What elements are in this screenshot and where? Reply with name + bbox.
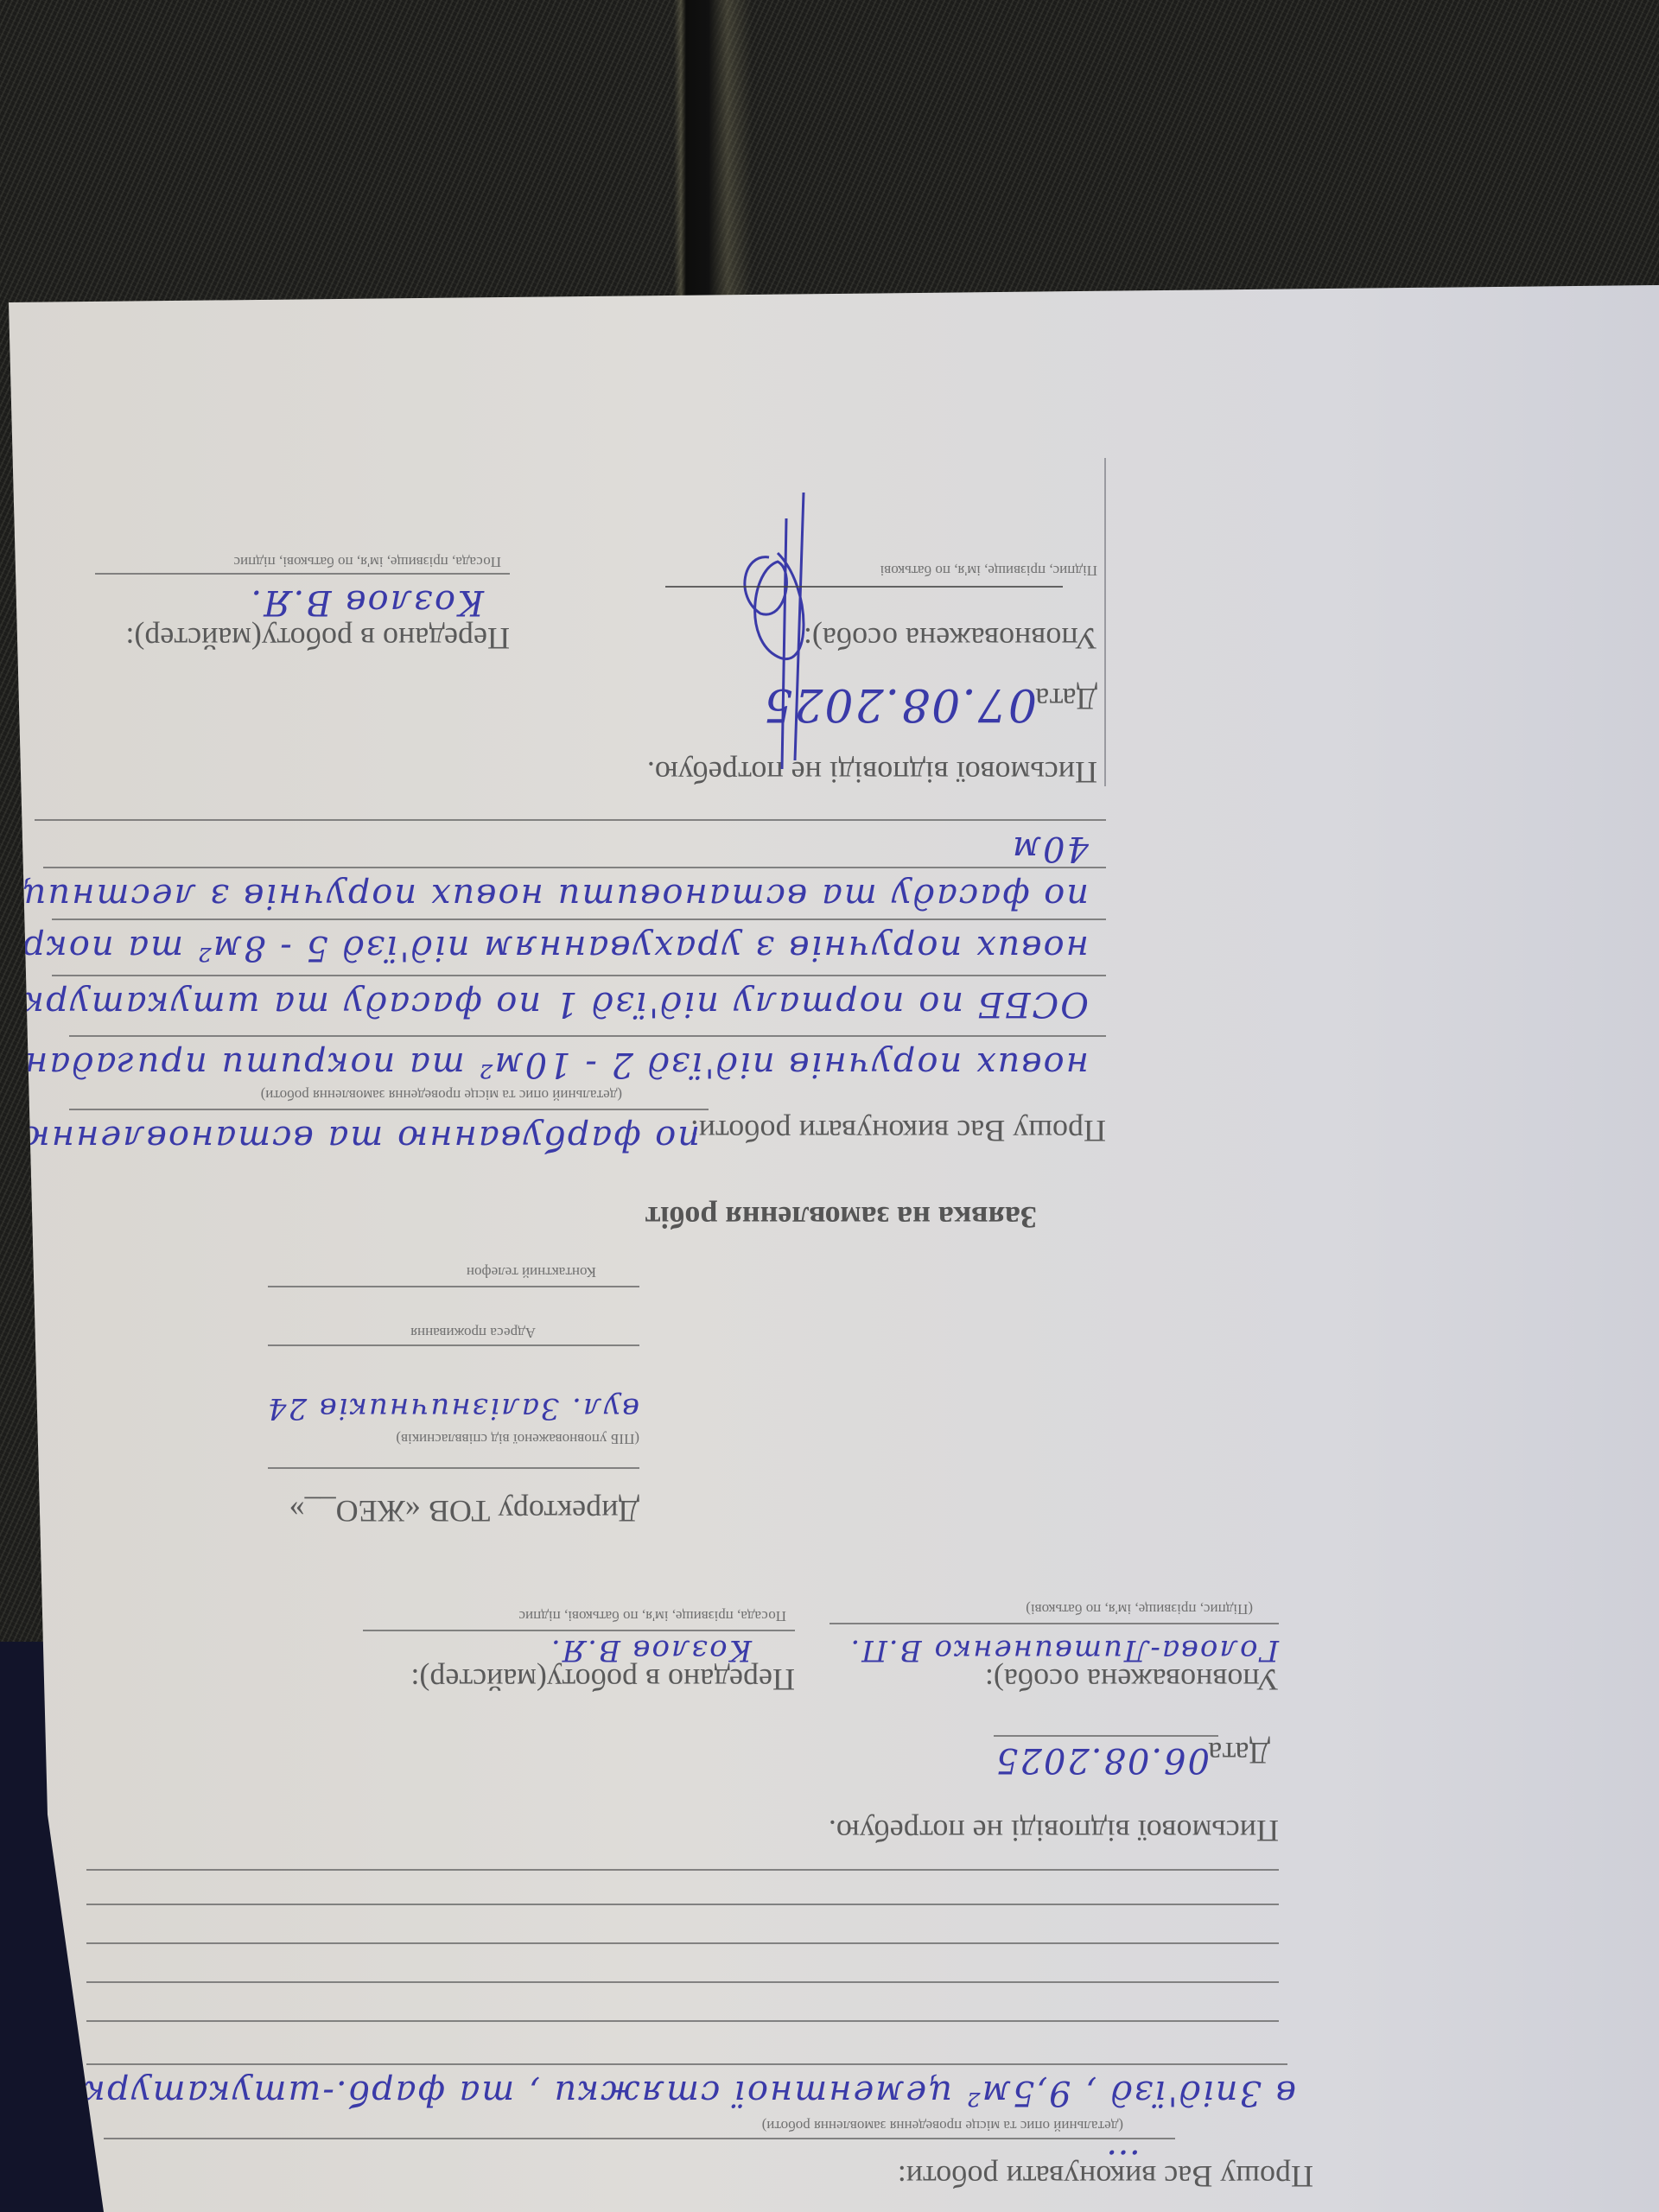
paper-sheet: Прошу Вас виконувати роботи: … (детальни… (0, 0, 1659, 2212)
lower-request-line-3: ОСББ по порталу під'їзд 1 по фасаду та ш… (0, 984, 1089, 1024)
upper-no-reply: Письмової відповіді не потребую. (829, 1813, 1279, 1849)
lower-handed-handwritten: Козлов В.Я. (249, 582, 484, 622)
upper-authorized-handwritten: Голова-Литвиненко В.П. (849, 1633, 1279, 1668)
lower-request-line-1: по фарбуванню та встановленню (18, 1118, 700, 1158)
rule-line (268, 1344, 639, 1346)
upper-request-caption: (детальний опис та місце проведення замо… (762, 2117, 1123, 2134)
rule-line (69, 1109, 709, 1110)
jeans-seam (674, 0, 752, 311)
rule-line (104, 2138, 1175, 2139)
rule-line (363, 1630, 795, 1631)
upper-request-handwritten-start: … (1104, 2142, 1141, 2182)
rule-line (86, 2063, 1287, 2065)
rule-line (86, 2020, 1279, 2022)
lower-authorized-caption: Підпис, прізвище, ім'я, по батькові (880, 562, 1097, 579)
rule-line (52, 975, 1106, 976)
rule-line (52, 918, 1106, 920)
rule-line (69, 1035, 1106, 1037)
rule-line (86, 1869, 1279, 1871)
signature-icon (709, 484, 829, 778)
rule-line (994, 1735, 1218, 1737)
lower-request-line-4: нових поручнів з урахуванням під'їзд 5 -… (0, 928, 1089, 968)
rule-line (268, 1286, 639, 1287)
rule-line (86, 1981, 1279, 1983)
lower-request-label: Прошу Вас виконувати роботи: (690, 1113, 1106, 1149)
flipped-document: Прошу Вас виконувати роботи: … (детальни… (0, 0, 1659, 2212)
lower-address-handwritten: вул. Залізничників 24 (266, 1391, 639, 1426)
lower-pib-caption: (ПІБ уповноваженої від співвласників) (396, 1430, 639, 1447)
lower-authorized-label: Уповноважена особа): (804, 620, 1097, 657)
lower-date-label: Дата (1035, 681, 1097, 717)
upper-date-label: Дата (1208, 1735, 1270, 1771)
lower-request-line-6: 40м (1011, 829, 1089, 868)
rule-line (35, 819, 1106, 821)
upper-request-handwritten: в 3під'їзд , 9,5м² цементної стяжки , та… (0, 2073, 1296, 2113)
lower-handed-label: Передано в роботу(майстер): (125, 620, 510, 657)
upper-date-value: 06.08.2025 (995, 1740, 1210, 1780)
upper-authorized-caption: (Підпис, прізвище, ім'я, по батькові) (1026, 1600, 1253, 1618)
rule-line (665, 586, 1063, 588)
lower-request-line-5: по фасаду та встановити нових поручнів з… (0, 876, 1089, 916)
lower-request-caption: (детальний опис та місце проведення замо… (261, 1086, 622, 1103)
upper-handed-handwritten: Козлов В.Я. (550, 1633, 752, 1668)
lower-title: Заявка на замовлення робіт (645, 1199, 1037, 1236)
lower-phone-caption: Контактний телефон (467, 1263, 596, 1281)
lower-addressee: Директору ТОВ «ЖЕО__» (289, 1493, 639, 1529)
upper-handed-caption: Посада, прізвище, ім'я, по батькові, під… (519, 1607, 787, 1624)
margin-line (1104, 458, 1106, 786)
rule-line (43, 867, 1106, 868)
rule-line (86, 1942, 1279, 1944)
rule-line (95, 573, 510, 575)
lower-request-line-2: нових поручнів під'їзд 2 - 10м² та покри… (0, 1045, 1089, 1084)
lower-handed-caption: Посада, прізвище, ім'я, по батькові, під… (234, 553, 502, 570)
rule-line (829, 1623, 1279, 1624)
lower-address-caption: Адреса проживання (410, 1324, 536, 1341)
rule-line (86, 1904, 1279, 1905)
rule-line (268, 1467, 639, 1469)
